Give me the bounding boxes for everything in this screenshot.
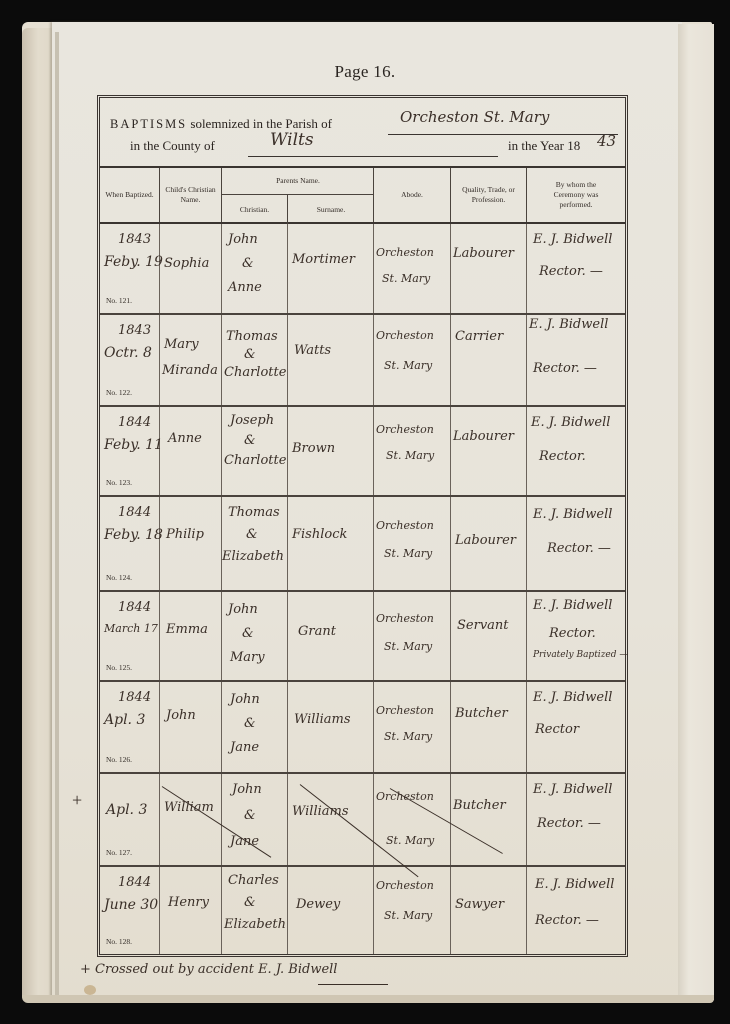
ampersand: &: [246, 527, 258, 542]
entry-year: 1843: [118, 232, 151, 247]
child-name: Philip: [166, 527, 204, 542]
father-name: Charles: [228, 873, 279, 888]
cell-child: Mary Miranda: [160, 315, 222, 405]
entry-year: 1844: [118, 415, 151, 430]
child-name: John: [166, 708, 196, 723]
year-label: in the Year 18: [508, 138, 580, 154]
entry-date: Octr. 8: [104, 345, 152, 361]
entry-date: Feby. 18: [104, 527, 163, 543]
table-row: 1843 Feby. 19 No. 121. Sophia John & Ann…: [100, 224, 625, 315]
cell-when: 1843 Feby. 19 No. 121.: [100, 224, 160, 313]
paper-stain: [84, 985, 96, 995]
trade: Carrier: [455, 329, 503, 344]
col-parents-name: Parents Name.: [222, 168, 374, 195]
cell-trade: Labourer: [451, 407, 527, 495]
cell-trade: Butcher: [451, 682, 527, 772]
cell-parents-christian: John & Jane: [222, 682, 288, 772]
entry-number: No. 123.: [106, 478, 132, 487]
child-middle-name: Miranda: [162, 363, 218, 378]
trade: Servant: [457, 618, 509, 633]
ampersand: &: [244, 433, 256, 448]
cell-trade: Labourer: [451, 497, 527, 590]
col-child-name: Child's Christian Name.: [160, 168, 222, 222]
entry-date: Apl. 3: [104, 712, 145, 728]
cell-surname: Williams: [288, 682, 374, 772]
child-name: Henry: [168, 895, 209, 910]
cell-parents-christian: John & Jane: [222, 774, 288, 865]
signature-underline: [318, 984, 388, 985]
abode-line2: St. Mary: [382, 272, 430, 285]
trade: Labourer: [453, 246, 514, 261]
ampersand: &: [244, 347, 256, 362]
entry-year: 1844: [118, 600, 151, 615]
entry-date: Apl. 3: [106, 802, 147, 818]
cell-abode: Orcheston St. Mary: [374, 592, 451, 680]
col-quality: Quality, Trade, or Profession.: [451, 168, 527, 222]
county-label: in the County of: [130, 138, 215, 153]
entry-year: 1844: [118, 505, 151, 520]
cell-trade: Servant: [451, 592, 527, 680]
cell-abode: Orcheston St. Mary: [374, 682, 451, 772]
abode-line2: St. Mary: [384, 547, 432, 560]
surname: Brown: [292, 441, 335, 456]
mother-name: Anne: [228, 280, 262, 295]
cell-child: Emma: [160, 592, 222, 680]
entry-number: No. 124.: [106, 573, 132, 582]
minister-name: E. J. Bidwell: [533, 690, 612, 705]
cell-abode: Orcheston St. Mary: [374, 497, 451, 590]
cell-parents-christian: Charles & Elizabeth: [222, 867, 288, 954]
minister-title: Rector.: [549, 626, 596, 641]
table-row: 1844 March 17 No. 125. Emma John & Mary …: [100, 592, 625, 682]
child-name: Mary: [164, 337, 199, 352]
cell-when: Apl. 3 No. 127.: [100, 774, 160, 865]
cell-abode: Orcheston St. Mary: [374, 867, 451, 954]
minister-name: E. J. Bidwell: [533, 507, 612, 522]
father-name: Thomas: [226, 329, 278, 344]
entry-date: Feby. 11: [104, 437, 163, 453]
child-name: Anne: [168, 431, 202, 446]
ampersand: &: [242, 256, 254, 271]
abode-line2: St. Mary: [386, 834, 434, 847]
minister-title: Rector: [535, 722, 579, 737]
table-row: 1844 Feby. 11 No. 123. Anne Joseph & Cha…: [100, 407, 625, 497]
father-name: John: [230, 692, 260, 707]
column-header-row: When Baptized. Child's Christian Name. P…: [100, 168, 625, 224]
mother-name: Charlotte: [224, 453, 286, 468]
cell-parents-christian: Thomas & Elizabeth: [222, 497, 288, 590]
cell-trade: Labourer: [451, 224, 527, 313]
page-bottom-edge: [22, 995, 714, 1003]
entry-number: No. 128.: [106, 937, 132, 946]
baptism-register-table: BAPTISMS solemnized in the Parish of Orc…: [97, 95, 628, 957]
minister-name: E. J. Bidwell: [533, 232, 612, 247]
table-row: 1844 Apl. 3 No. 126. John John & Jane Wi…: [100, 682, 625, 774]
mother-name: Charlotte: [224, 365, 286, 380]
abode-line1: Orcheston: [376, 519, 434, 532]
cell-when: 1844 Feby. 11 No. 123.: [100, 407, 160, 495]
entry-year: 1844: [118, 690, 151, 705]
entry-date: June 30: [104, 897, 158, 913]
cell-surname: Dewey: [288, 867, 374, 954]
cell-parents-christian: Thomas & Charlotte: [222, 315, 288, 405]
cell-when: 1844 Apl. 3 No. 126.: [100, 682, 160, 772]
trade: Labourer: [453, 429, 514, 444]
cell-minister: E. J. Bidwell Rector. —: [527, 867, 625, 954]
table-row: 1844 Feby. 18 No. 124. Philip Thomas & E…: [100, 497, 625, 592]
footnote-crossed-out-note: + Crossed out by accident E. J. Bidwell: [80, 962, 337, 977]
entry-number: No. 122.: [106, 388, 132, 397]
mother-name: Mary: [230, 650, 265, 665]
abode-line1: Orcheston: [376, 329, 434, 342]
col-parents-christian: Christian.: [222, 195, 288, 224]
minister-title: Rector. —: [547, 541, 611, 556]
cell-minister: E. J. Bidwell Rector. —: [527, 224, 625, 313]
minister-title: Rector. —: [539, 264, 603, 279]
entries: 1843 Feby. 19 No. 121. Sophia John & Ann…: [100, 224, 625, 954]
cell-surname: Fishlock: [288, 497, 374, 590]
cell-abode: Orcheston St. Mary: [374, 315, 451, 405]
mother-name: Elizabeth: [222, 549, 284, 564]
cell-parents-christian: Joseph & Charlotte: [222, 407, 288, 495]
surname: Watts: [294, 343, 331, 358]
cell-minister: E. J. Bidwell Rector. Privately Baptized…: [527, 592, 625, 680]
title-baptisms: BAPTISMS: [110, 117, 187, 131]
entry-number: No. 127.: [106, 848, 132, 857]
title-parish-label: solemnized in the Parish of: [190, 116, 332, 131]
col-parents-group: Parents Name. Christian. Surname.: [222, 168, 374, 222]
ampersand: &: [244, 895, 256, 910]
surname: Mortimer: [292, 252, 355, 267]
father-name: Thomas: [228, 505, 280, 520]
margin-cross-mark: +: [72, 790, 82, 811]
minister-name: E. J. Bidwell: [535, 877, 614, 892]
ampersand: &: [242, 626, 254, 641]
abode-line2: St. Mary: [384, 730, 432, 743]
cell-child: Sophia: [160, 224, 222, 313]
minister-name: E. J. Bidwell: [531, 415, 610, 430]
minister-title: Rector. —: [535, 913, 599, 928]
surname: Williams: [294, 712, 351, 727]
cell-minister: E. J. Bidwell Rector. —: [527, 315, 625, 405]
cell-abode: Orcheston St. Mary: [374, 407, 451, 495]
entry-date: March 17: [104, 622, 158, 635]
cell-child: Anne: [160, 407, 222, 495]
cell-minister: E. J. Bidwell Rector. —: [527, 497, 625, 590]
child-name: Sophia: [164, 256, 209, 271]
cell-trade: Carrier: [451, 315, 527, 405]
page-number: Page 16.: [0, 62, 730, 82]
entry-date: Feby. 19: [104, 254, 163, 270]
cell-trade: Butcher: [451, 774, 527, 865]
minister-title: Rector. —: [537, 816, 601, 831]
abode-line2: St. Mary: [384, 359, 432, 372]
year-value: 43: [597, 132, 616, 150]
cell-when: 1844 March 17 No. 125.: [100, 592, 160, 680]
abode-line1: Orcheston: [376, 423, 434, 436]
cell-parents-christian: John & Anne: [222, 224, 288, 313]
cell-when: 1844 Feby. 18 No. 124.: [100, 497, 160, 590]
minister-title: Rector.: [539, 449, 586, 464]
cell-surname: Brown: [288, 407, 374, 495]
col-when-baptized: When Baptized.: [100, 168, 160, 222]
cell-surname: Watts: [288, 315, 374, 405]
abode-line1: Orcheston: [376, 612, 434, 625]
father-name: John: [228, 602, 258, 617]
binding-shadow: [55, 32, 59, 997]
surname: Grant: [298, 624, 336, 639]
cell-when: 1843 Octr. 8 No. 122.: [100, 315, 160, 405]
minister-name: E. J. Bidwell: [533, 782, 612, 797]
father-name: Joseph: [230, 413, 274, 428]
ampersand: &: [244, 716, 256, 731]
cell-trade: Sawyer: [451, 867, 527, 954]
title-line-county: in the County of: [130, 138, 215, 154]
surname: Fishlock: [292, 527, 347, 542]
cell-surname: Grant: [288, 592, 374, 680]
cell-child: John: [160, 682, 222, 772]
entry-number: No. 125.: [106, 663, 132, 672]
minister-title: Rector. —: [533, 361, 597, 376]
table-row: 1843 Octr. 8 No. 122. Mary Miranda Thoma…: [100, 315, 625, 407]
trade: Butcher: [455, 706, 508, 721]
col-by-whom: By whom the Ceremony was performed.: [527, 168, 625, 222]
entry-year: 1843: [118, 323, 151, 338]
minister-name: E. J. Bidwell: [533, 598, 612, 613]
abode-line1: Orcheston: [376, 246, 434, 259]
entry-year: 1844: [118, 875, 151, 890]
abode-line2: St. Mary: [384, 909, 432, 922]
surname: Dewey: [296, 897, 340, 912]
trade: Labourer: [455, 533, 516, 548]
cell-child: Henry: [160, 867, 222, 954]
abode-line2: St. Mary: [384, 640, 432, 653]
page-fold-right: [678, 24, 714, 1000]
parish-value: Orcheston St. Mary: [400, 108, 549, 126]
table-row: 1844 June 30 No. 128. Henry Charles & El…: [100, 867, 625, 954]
trade: Sawyer: [455, 897, 504, 912]
table-row-crossed-out: Apl. 3 No. 127. William John & Jane Will…: [100, 774, 625, 867]
father-name: John: [228, 232, 258, 247]
child-name: Emma: [166, 622, 208, 637]
cell-parents-christian: John & Mary: [222, 592, 288, 680]
county-value: Wilts: [270, 130, 314, 150]
child-name: William: [164, 800, 214, 815]
col-parents-surname: Surname.: [288, 195, 374, 224]
abode-line2: St. Mary: [386, 449, 434, 462]
cell-when: 1844 June 30 No. 128.: [100, 867, 160, 954]
cell-minister: E. J. Bidwell Rector. —: [527, 774, 625, 865]
minister-name: E. J. Bidwell: [529, 317, 608, 332]
col-abode: Abode.: [374, 168, 451, 222]
entry-number: No. 121.: [106, 296, 132, 305]
cell-surname: Mortimer: [288, 224, 374, 313]
ampersand: &: [244, 808, 256, 823]
cell-surname: Williams: [288, 774, 374, 865]
abode-line1: Orcheston: [376, 704, 434, 717]
trade: Butcher: [453, 798, 506, 813]
cell-abode: Orcheston St. Mary: [374, 224, 451, 313]
cell-minister: E. J. Bidwell Rector.: [527, 407, 625, 495]
mother-name: Jane: [230, 740, 259, 755]
abode-line1: Orcheston: [376, 879, 434, 892]
cell-minister: E. J. Bidwell Rector: [527, 682, 625, 772]
private-baptism-note: Privately Baptized —: [533, 650, 628, 660]
register-title-block: BAPTISMS solemnized in the Parish of Orc…: [100, 98, 625, 168]
father-name: John: [232, 782, 262, 797]
entry-number: No. 126.: [106, 755, 132, 764]
cell-child: Philip: [160, 497, 222, 590]
mother-name: Elizabeth: [224, 917, 286, 932]
